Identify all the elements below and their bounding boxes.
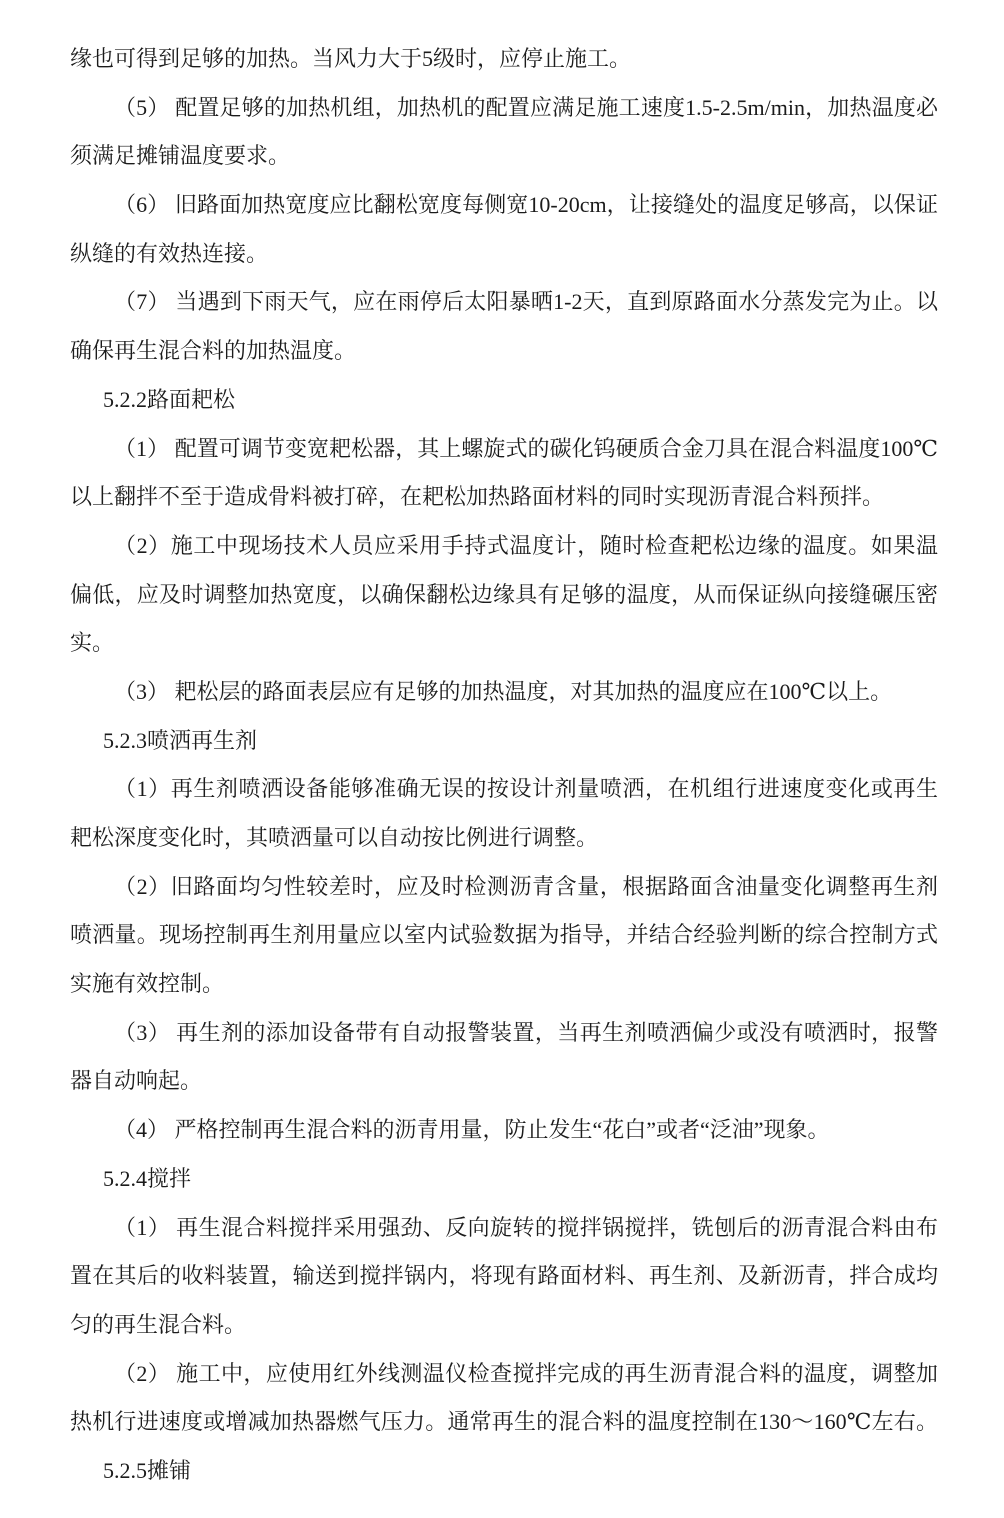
document-page: 缘也可得到足够的加热。当风力大于5级时，应停止施工。（5） 配置足够的加热机组，… [0,0,1004,1518]
text-line: 耙松深度变化时，其喷洒量可以自动按比例进行调整。 [70,814,938,863]
text-line: （6） 旧路面加热宽度应比翻松宽度每侧宽10-20cm，让接缝处的温度足够高，以… [70,181,938,230]
section-heading: 5.2.3喷洒再生剂 [70,717,938,766]
text-line: 器自动响起。 [70,1057,938,1106]
text-line: （2）旧路面均匀性较差时，应及时检测沥青含量，根据路面含油量变化调整再生剂的 [70,863,938,912]
document-body: 缘也可得到足够的加热。当风力大于5级时，应停止施工。（5） 配置足够的加热机组，… [70,35,938,1496]
text-line: （3） 耙松层的路面表层应有足够的加热温度，对其加热的温度应在100℃以上。 [70,668,938,717]
text-line: 确保再生混合料的加热温度。 [70,327,938,376]
text-line: （1）再生剂喷洒设备能够准确无误的按设计剂量喷洒，在机组行进速度变化或再生机 [70,765,938,814]
text-line: 纵缝的有效热连接。 [70,230,938,279]
text-line: （3） 再生剂的添加设备带有自动报警装置，当再生剂喷洒偏少或没有喷洒时，报警 [70,1009,938,1058]
text-line: 喷洒量。现场控制再生剂用量应以室内试验数据为指导，并结合经验判断的综合控制方式 [70,911,938,960]
text-line: 匀的再生混合料。 [70,1301,938,1350]
text-line: （2） 施工中，应使用红外线测温仪检查搅拌完成的再生沥青混合料的温度，调整加 [70,1350,938,1399]
text-line: （2）施工中现场技术人员应采用手持式温度计，随时检查耙松边缘的温度。如果温度 [70,522,938,571]
text-line: （7） 当遇到下雨天气，应在雨停后太阳暴晒1-2天，直到原路面水分蒸发完为止。以 [70,278,938,327]
text-line: （5） 配置足够的加热机组，加热机的配置应满足施工速度1.5-2.5m/min，… [70,84,938,133]
text-line: （1） 再生混合料搅拌采用强劲、反向旋转的搅拌锅搅拌，铣刨后的沥青混合料由布 [70,1204,938,1253]
text-line: 实施有效控制。 [70,960,938,1009]
text-line: 偏低，应及时调整加热宽度，以确保翻松边缘具有足够的温度，从而保证纵向接缝碾压密 [70,571,938,620]
section-heading: 5.2.4搅拌 [70,1155,938,1204]
section-heading: 5.2.2路面耙松 [70,376,938,425]
text-line: 置在其后的收料装置，输送到搅拌锅内，将现有路面材料、再生剂、及新沥青，拌合成均 [70,1252,938,1301]
text-line: 实。 [70,619,938,668]
text-line: 缘也可得到足够的加热。当风力大于5级时，应停止施工。 [70,35,938,84]
text-line: （4） 严格控制再生混合料的沥青用量，防止发生“花白”或者“泛油”现象。 [70,1106,938,1155]
text-line: 以上翻拌不至于造成骨料被打碎，在耙松加热路面材料的同时实现沥青混合料预拌。 [70,473,938,522]
text-line: 须满足摊铺温度要求。 [70,132,938,181]
text-line: 热机行进速度或增减加热器燃气压力。通常再生的混合料的温度控制在130～160℃左… [70,1398,938,1447]
text-line: （1） 配置可调节变宽耙松器，其上螺旋式的碳化钨硬质合金刀具在混合料温度100℃ [70,425,938,474]
section-heading: 5.2.5摊铺 [70,1447,938,1496]
